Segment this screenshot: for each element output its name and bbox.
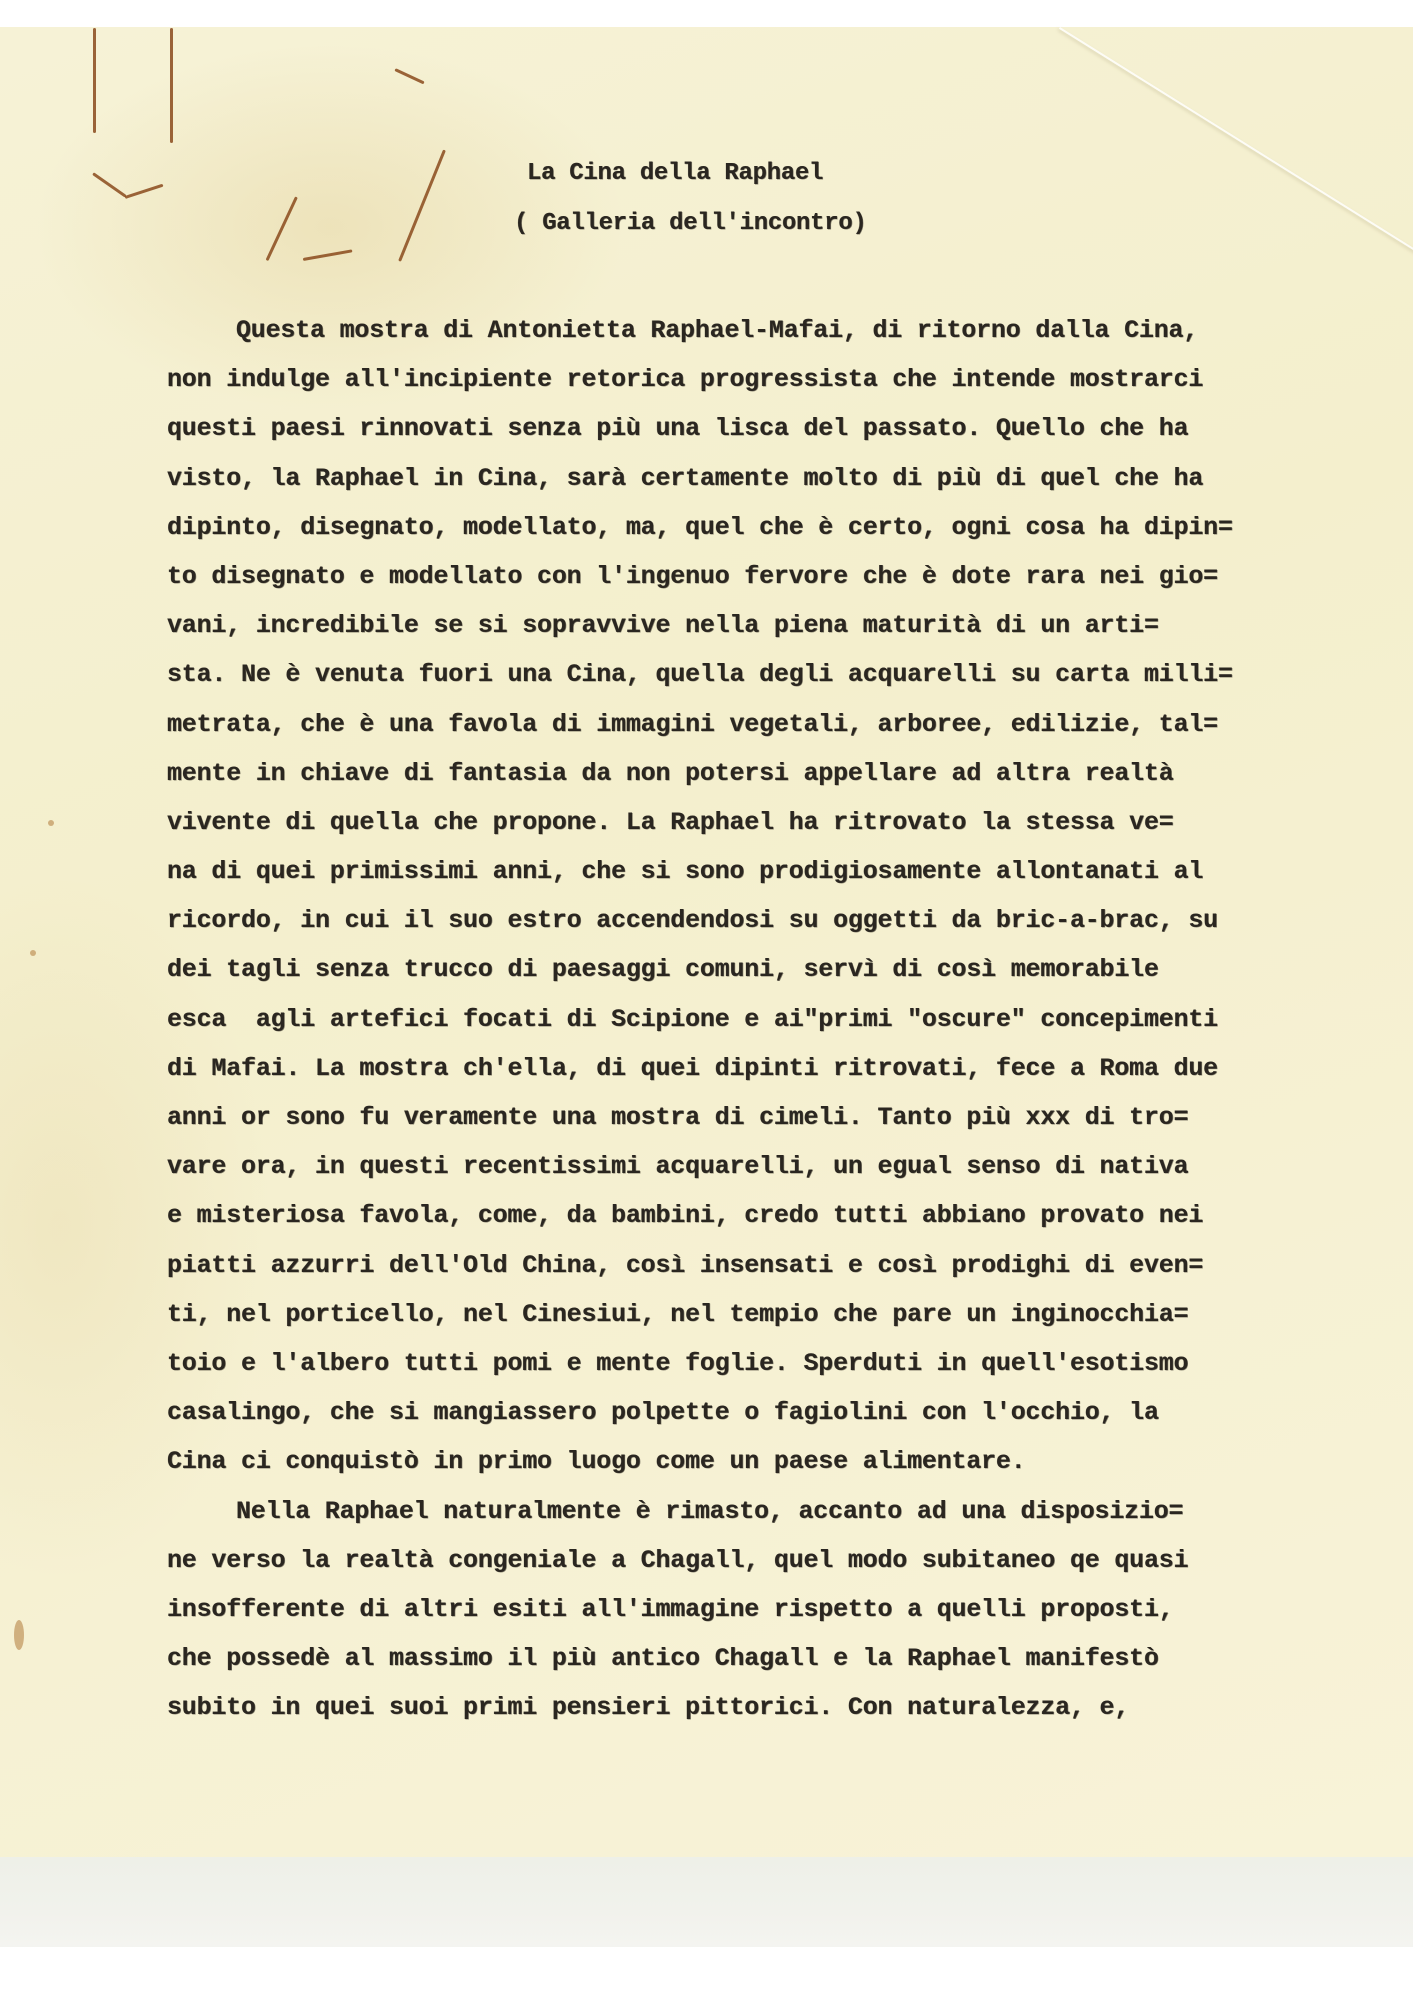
text-line: e misteriosa favola, come, da bambini, c… [167, 1191, 1397, 1240]
text-line: anni or sono fu veramente una mostra di … [167, 1093, 1397, 1142]
scan-background-strip [0, 1857, 1413, 1947]
text-line: esca agli artefici focati di Scipione e … [167, 995, 1397, 1044]
foxing-spot [30, 950, 36, 956]
text-line: vani, incredibile se si sopravvive nella… [167, 601, 1397, 650]
rust-stain-mark [93, 28, 96, 133]
text-line: subito in quei suoi primi pensieri pitto… [167, 1683, 1397, 1732]
text-line: toio e l'albero tutti pomi e mente fogli… [167, 1339, 1397, 1388]
text-line: vare ora, in questi recentissimi acquare… [167, 1142, 1397, 1191]
text-line: ti, nel porticello, nel Cinesiui, nel te… [167, 1290, 1397, 1339]
document-title: La Cina della Raphael [0, 160, 1413, 187]
text-line: mente in chiave di fantasia da non poter… [167, 749, 1397, 798]
text-line: dipinto, disegnato, modellato, ma, quel … [167, 503, 1397, 552]
text-line: to disegnato e modellato con l'ingenuo f… [167, 552, 1397, 601]
text-line: dei tagli senza trucco di paesaggi comun… [167, 945, 1397, 994]
document-subtitle: ( Galleria dell'incontro) [0, 210, 1413, 237]
text-line: Questa mostra di Antonietta Raphael-Mafa… [167, 306, 1397, 355]
text-line: di Mafai. La mostra ch'ella, di quei dip… [167, 1044, 1397, 1093]
text-line: che possedè al massimo il più antico Cha… [167, 1634, 1397, 1683]
text-line: questi paesi rinnovati senza più una lis… [167, 404, 1397, 453]
foxing-spot [48, 820, 54, 826]
text-line: metrata, che è una favola di immagini ve… [167, 700, 1397, 749]
text-line: vivente di quella che propone. La Raphae… [167, 798, 1397, 847]
text-line: visto, la Raphael in Cina, sarà certamen… [167, 454, 1397, 503]
text-line: sta. Ne è venuta fuori una Cina, quella … [167, 650, 1397, 699]
text-line: na di quei primissimi anni, che si sono … [167, 847, 1397, 896]
rust-stain-mark [170, 28, 173, 143]
text-line: piatti azzurri dell'Old China, così inse… [167, 1241, 1397, 1290]
text-line: Cina ci conquistò in primo luogo come un… [167, 1437, 1397, 1486]
text-line: non indulge all'incipiente retorica prog… [167, 355, 1397, 404]
text-line: Nella Raphael naturalmente è rimasto, ac… [167, 1487, 1397, 1536]
text-line: ricordo, in cui il suo estro accendendos… [167, 896, 1397, 945]
document-body: Questa mostra di Antonietta Raphael-Mafa… [167, 306, 1397, 1732]
foxing-spot [14, 1620, 24, 1650]
text-line: insofferente di altri esiti all'immagine… [167, 1585, 1397, 1634]
text-line: casalingo, che si mangiassero polpette o… [167, 1388, 1397, 1437]
text-line: ne verso la realtà congeniale a Chagall,… [167, 1536, 1397, 1585]
